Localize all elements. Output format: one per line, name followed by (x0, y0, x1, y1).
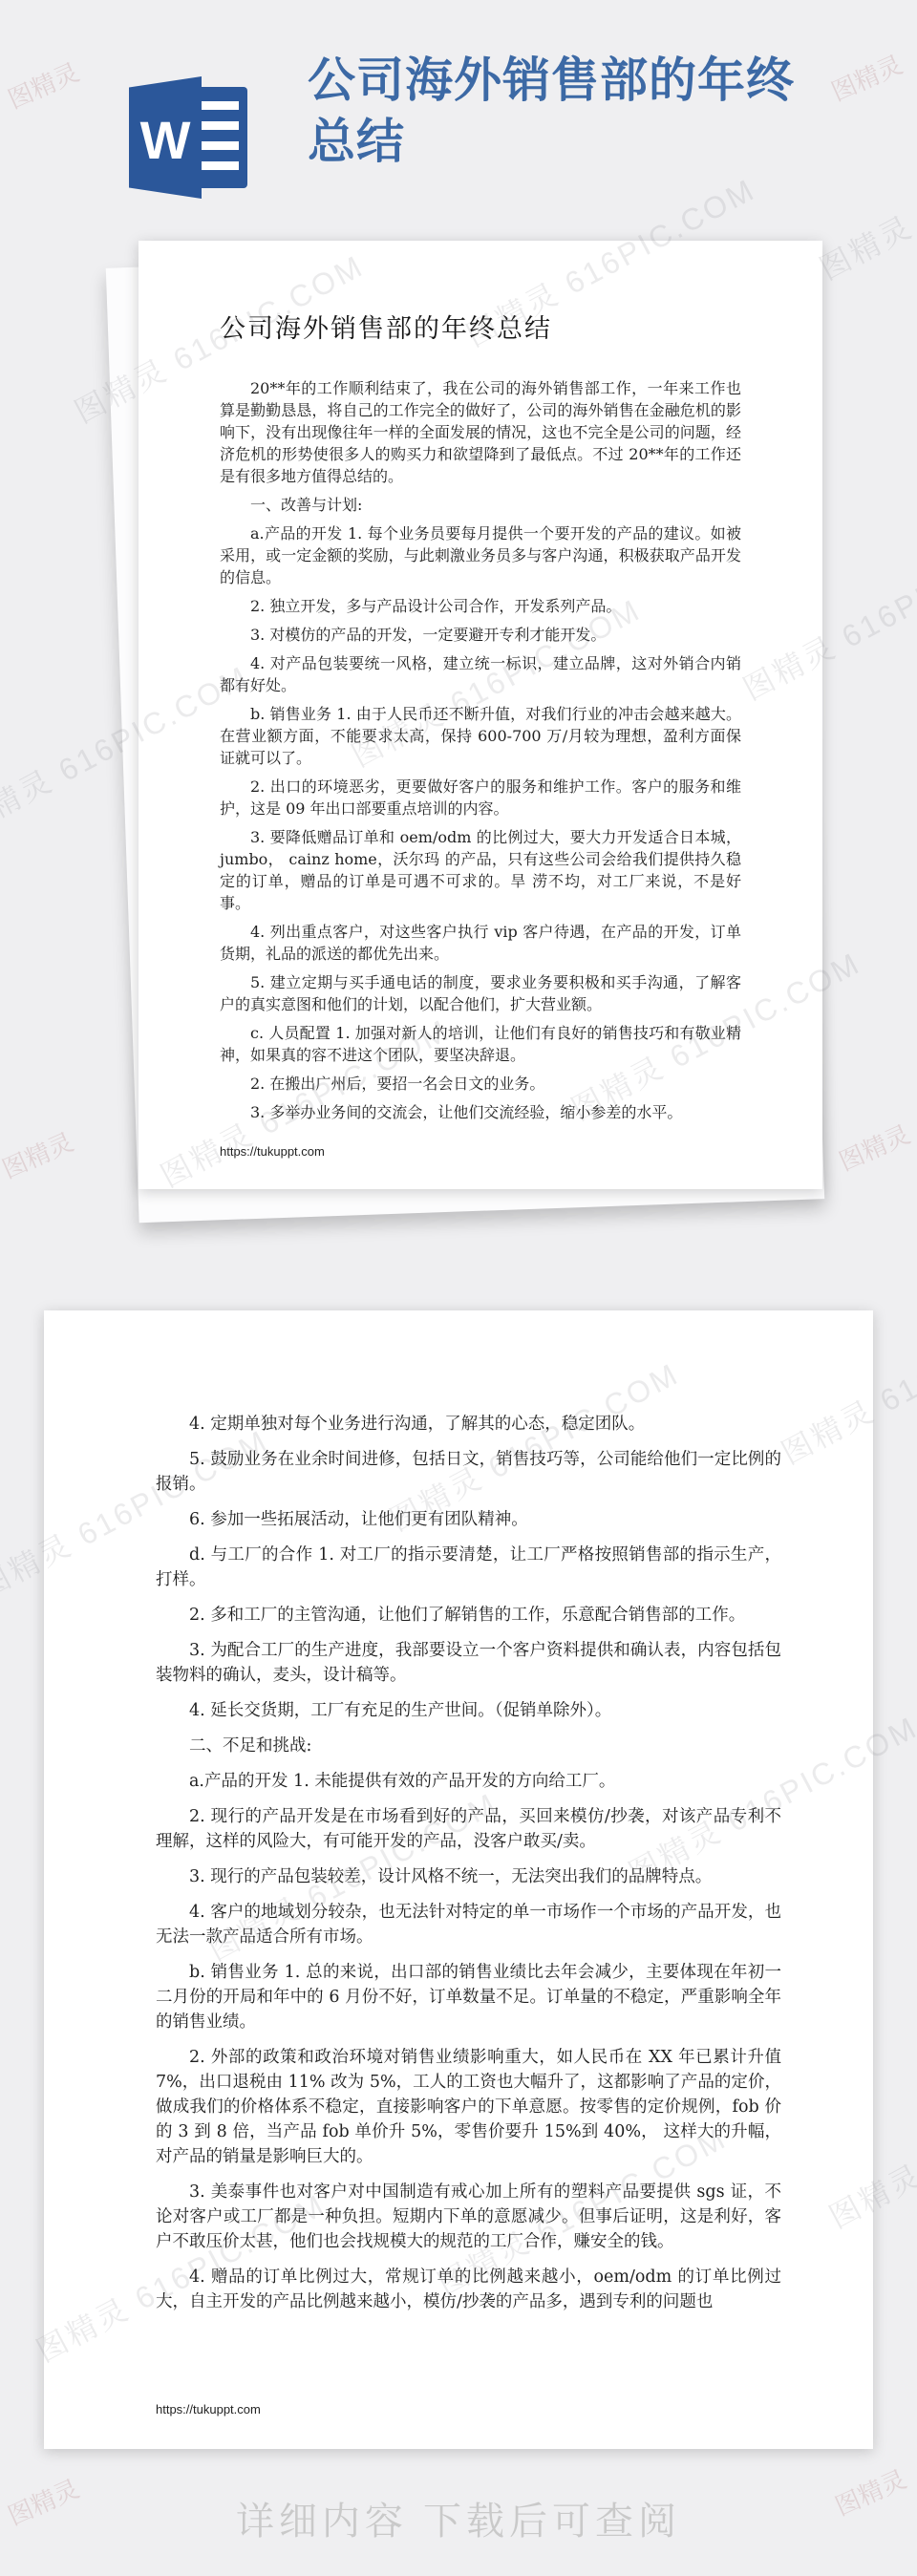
doc-paragraph: 4. 列出重点客户，对这些客户执行 vip 客户待遇，在产品的开发，订单货期，礼… (220, 921, 741, 965)
doc-paragraph: d. 与工厂的合作 1. 对工厂的指示要清楚，让工厂严格按照销售部的指示生产，打… (156, 1543, 781, 1592)
doc-paragraph: 2. 在搬出广州后，要招一名会日文的业务。 (220, 1073, 741, 1095)
page1-footer-link: https://tukuppt.com (220, 1144, 325, 1159)
doc-paragraph: 4. 对产品包装要统一风格，建立统一标识，建立品牌，这对外销合内销都有好处。 (220, 652, 741, 696)
doc-paragraph: 5. 建立定期与买手通电话的制度，要求业务要积极和买手沟通，了解客户的真实意图和… (220, 971, 741, 1015)
doc-paragraph: a.产品的开发 1. 每个业务员要每月提供一个要开发的产品的建议。如被采用，或一… (220, 522, 741, 588)
doc-paragraph: 2. 外部的政策和政治环境对销售业绩影响重大，如人民币在 XX 年已累计升值 7… (156, 2045, 781, 2169)
doc-paragraph: a.产品的开发 1. 未能提供有效的产品开发的方向给工厂。 (156, 1769, 781, 1794)
bottom-caption: 详细内容 下载后可查阅 (0, 2491, 917, 2545)
doc-paragraph: 3. 美泰事件也对客户对中国制造有戒心加上所有的塑料产品要提供 sgs 证，不论… (156, 2180, 781, 2254)
watermark-brand-stamp: 图精灵 (833, 1116, 915, 1179)
doc-paragraph: 二、不足和挑战: (156, 1734, 781, 1758)
document-preview-page-1: 公司海外销售部的年终总结 20**年的工作顺利结束了，我在公司的海外销售部工作，… (139, 241, 822, 1189)
doc-paragraph: 20**年的工作顺利结束了，我在公司的海外销售部工作，一年来工作也算是勤勤恳恳，… (220, 377, 741, 487)
doc-paragraph: 2. 独立开发，多与产品设计公司合作，开发系列产品。 (220, 595, 741, 617)
doc-paragraph: c. 人员配置 1. 加强对新人的培训，让他们有良好的销售技巧和有敬业精神，如果… (220, 1022, 741, 1066)
doc-paragraph: 2. 现行的产品开发是在市场看到好的产品，买回来模仿/抄袭，对该产品专利不理解，… (156, 1804, 781, 1854)
doc-paragraph: 2. 多和工厂的主管沟通，让他们了解销售的工作，乐意配合销售部的工作。 (156, 1603, 781, 1628)
doc-paragraph: b. 销售业务 1. 由于人民币还不断升值，对我们行业的冲击会越来越大。在营业额… (220, 703, 741, 769)
doc-paragraph: 3. 多举办业务间的交流会，让他们交流经验，缩小参差的水平。 (220, 1101, 741, 1123)
doc-paragraph: 3. 要降低赠品订单和 oem/odm 的比例过大，要大力开发适合日本城，jum… (220, 826, 741, 914)
page-root: W 公司海外销售部的年终总结 公司海外销售部的年终总结 20**年的工作顺利结束… (0, 0, 917, 2576)
doc-paragraph: 5. 鼓励业务在业余时间进修，包括日文，销售技巧等，公司能给他们一定比例的报销。 (156, 1447, 781, 1497)
word-icon-w-panel: W (129, 76, 202, 199)
doc-paragraph: 3. 对模仿的产品的开发，一定要避开专利才能开发。 (220, 624, 741, 646)
doc-paragraph: 4. 赠品的订单比例过大，常规订单的比例越来越小，oem/odm 的订单比例过大… (156, 2265, 781, 2314)
watermark-brand-stamp: 图精灵 (0, 1123, 78, 1186)
doc-paragraph: 3. 为配合工厂的生产进度，我部要设立一个客户资料提供和确认表，内容包括包装物料… (156, 1638, 781, 1688)
word-icon-letter: W (140, 109, 191, 171)
doc-paragraph: 4. 定期单独对每个业务进行沟通，了解其的心态，稳定团队。 (156, 1412, 781, 1437)
doc-paragraph: 4. 延长交货期，工厂有充足的生产世间。（促销单除外）。 (156, 1698, 781, 1723)
doc-paragraph: 6. 参加一些拓展活动，让他们更有团队精神。 (156, 1507, 781, 1532)
page2-footer-link: https://tukuppt.com (156, 2402, 261, 2416)
doc-paragraph: 2. 出口的环境恶劣，更要做好客户的服务和维护工作。客户的服务和维护，这是 09… (220, 776, 741, 820)
page-title: 公司海外销售部的年终总结 (308, 50, 839, 172)
document-preview-page-2: 4. 定期单独对每个业务进行沟通，了解其的心态，稳定团队。 5. 鼓励业务在业余… (44, 1310, 873, 2449)
doc-paragraph: 一、改善与计划: (220, 494, 741, 516)
header: W 公司海外销售部的年终总结 (0, 0, 917, 229)
doc-paragraph: b. 销售业务 1. 总的来说，出口部的销售业绩比去年会减少，主要体现在年初一二… (156, 1960, 781, 2034)
word-document-icon: W (129, 76, 251, 199)
doc-paragraph: 3. 现行的产品包装较差，设计风格不统一，无法突出我们的品牌特点。 (156, 1864, 781, 1889)
doc-paragraph: 4. 客户的地域划分较杂，也无法针对特定的单一市场作一个市场的产品开发，也无法一… (156, 1900, 781, 1949)
document-title: 公司海外销售部的年终总结 (220, 308, 741, 345)
